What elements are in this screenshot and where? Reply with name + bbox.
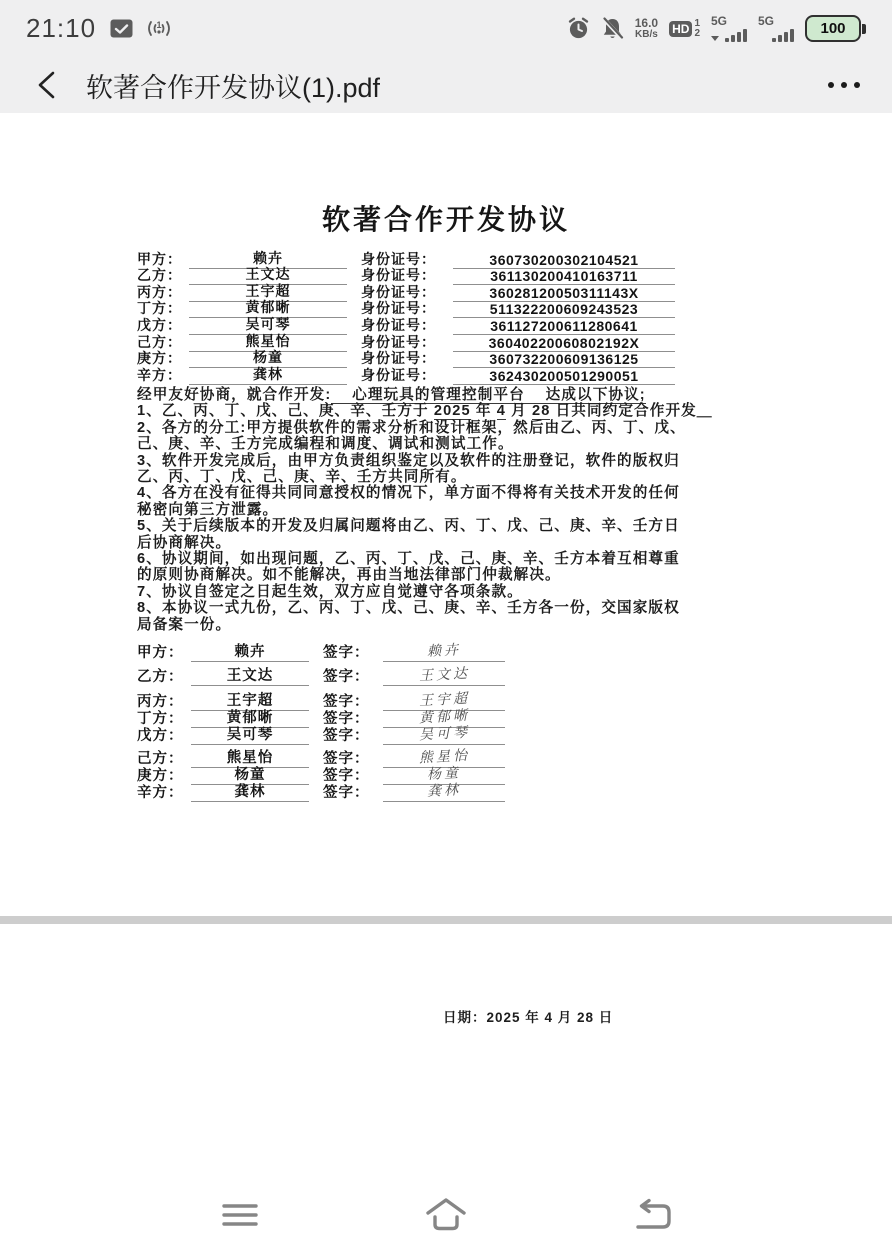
signature-row: 乙方：王文达签字：王文达: [137, 664, 505, 686]
party-role: 乙方：: [137, 665, 191, 686]
handwritten-signature: 龚林: [426, 779, 461, 801]
agreement-line: 后协商解决。: [137, 535, 785, 551]
signal-sim2: 5G: [758, 15, 794, 43]
home-icon: [421, 1196, 471, 1234]
agreement-line: 己、庚、辛、壬方完成编程和调度、调试和测试工作。: [137, 436, 785, 452]
party-role: 甲方：: [137, 641, 191, 662]
volte-hd-indicator: HD 1 2: [669, 19, 700, 39]
agreement-line: 的原则协商解决。如不能解决，再由当地法律部门仲裁解决。: [137, 567, 785, 583]
back-nav-button[interactable]: [622, 1189, 682, 1241]
signature-label: 签字：: [323, 641, 383, 662]
hd-icon: HD: [669, 21, 692, 37]
signal-bars-icon: [772, 29, 794, 42]
agreement-title: 软著合作开发协议: [0, 198, 892, 238]
party-role: 辛方：: [137, 781, 191, 802]
agreement-segment: 5、关于后续版本的开发及归属问题将由乙、丙、丁、戊、己、庚、辛、壬方日: [137, 518, 680, 534]
network-speed-unit: KB/s: [635, 29, 658, 40]
status-bar: 21:10 1 16.0 KB/s HD 1: [0, 0, 892, 57]
agreement-line: 4、各方在没有征得共同同意授权的情况下，单方面不得将有关技术开发的任何: [137, 485, 785, 501]
agreement-segment: 2、各方的分工:甲方提供软件的需求分析和设计框架，然后由乙、丙、丁、戊、: [137, 420, 686, 436]
document-title-bar: 软著合作开发协议(1).pdf: [86, 66, 380, 105]
pdf-page-1[interactable]: 软著合作开发协议 甲方：赖卉身份证号：360730200302104521乙方：…: [0, 113, 892, 916]
signature-row: 甲方：赖卉签字：赖卉: [137, 640, 505, 662]
party-id-number: 361127200611280641: [453, 318, 675, 335]
sim2-label: 2: [694, 29, 700, 39]
signature-cell: 吴可琴: [383, 724, 505, 745]
agreement-segment: 日共同约定合作开发: [550, 403, 696, 419]
party-id-number: 36028120050311143X: [453, 285, 675, 302]
menu-icon: [220, 1200, 260, 1230]
home-button[interactable]: [416, 1189, 476, 1241]
agreement-segment: ＿: [697, 403, 713, 419]
agreement-segment: 局备案一份。: [137, 617, 231, 633]
party-id-number: 36040220060802192X: [453, 335, 675, 352]
id-number-label: 身份证号：: [361, 365, 453, 385]
agreement-text: 经甲友好协商，就合作开发: 心理玩具的管理控制平台 达成以下协议;1、乙、丙、丁…: [137, 387, 785, 633]
signature-cell: 龚林: [383, 781, 505, 802]
phone-screen: 21:10 1 16.0 KB/s HD 1: [0, 0, 892, 1250]
handwritten-signature: 王文达: [418, 663, 470, 686]
agreement-segment: 的原则协商解决。如不能解决，再由当地法律部门仲裁解决。: [137, 567, 561, 583]
agreement-segment: 28: [532, 403, 550, 420]
agreement-line: 秘密向第三方泄露。: [137, 502, 785, 518]
pdf-page-2[interactable]: 日期：2025 年 4 月 28 日: [0, 924, 892, 1180]
agreement-line: 局备案一份。: [137, 617, 785, 633]
mail-check-icon: [110, 19, 133, 38]
battery-level: 100: [805, 15, 861, 42]
agreement-segment: 达成以下协议;: [546, 387, 646, 404]
agreement-line: 6、协议期间，如出现问题，乙、丙、丁、戊、己、庚、辛、壬方本着互相尊重: [137, 551, 785, 567]
party-id-number: 360732200609136125: [453, 351, 675, 368]
handwritten-signature: 赖卉: [426, 639, 461, 661]
sim1-label: 1: [694, 19, 700, 29]
recents-button[interactable]: [210, 1189, 270, 1241]
agreement-line: 3、软件开发完成后，由甲方负责组织鉴定以及软件的注册登记，软件的版权归: [137, 453, 785, 469]
agreement-line: 经甲友好协商，就合作开发: 心理玩具的管理控制平台 达成以下协议;: [137, 387, 785, 403]
handwritten-signature: 吴可琴: [418, 722, 470, 745]
party-id-number: 362430200501290051: [453, 368, 675, 385]
signature-label: 签字：: [323, 665, 383, 686]
agreement-segment: 8、本协议一式九份，乙、丙、丁、戊、己、庚、辛、壬方各一份，交国家版权: [137, 600, 680, 616]
parties-table: 甲方：赖卉身份证号：360730200302104521乙方：王文达身份证号：3…: [137, 252, 675, 385]
agreement-segment: 秘密向第三方泄露。: [137, 502, 278, 518]
agreement-segment: 经甲友好协商，就合作开发:: [137, 387, 331, 403]
agreement-line: 5、关于后续版本的开发及归属问题将由乙、丙、丁、戊、己、庚、辛、壬方日: [137, 518, 785, 534]
dot-icon: [828, 82, 834, 88]
agreement-line: 1、乙、丙、丁、戊、己、庚、辛、壬方于 2025 年 4 月 28 日共同约定合…: [137, 403, 785, 419]
agreement-segment: 心理玩具的管理控制平台: [331, 387, 545, 404]
party-name: 王文达: [191, 664, 309, 686]
agreement-line: 7、协议自签定之日起生效，双方应自觉遵守各项条款。: [137, 584, 785, 600]
agreement-segment: 6、协议期间，如出现问题，乙、丙、丁、戊、己、庚、辛、壬方本着互相尊重: [137, 551, 680, 567]
network-speed-value: 16.0: [635, 17, 658, 29]
agreement-segment: 7、协议自签定之日起生效，双方应自觉遵守各项条款。: [137, 584, 523, 600]
agreement-segment: 年: [471, 403, 497, 419]
party-name: 吴可琴: [191, 723, 309, 745]
dot-icon: [854, 82, 860, 88]
agreement-segment: 后协商解决。: [137, 535, 231, 551]
party-name: 龚林: [191, 780, 309, 802]
party-id-number: 360730200302104521: [453, 252, 675, 269]
agreement-segment: 4: [497, 403, 506, 420]
svg-text:1: 1: [157, 20, 162, 30]
battery-icon: 100: [805, 15, 866, 42]
signature-row: 戊方：吴可琴签字：吴可琴: [137, 723, 505, 745]
clock-time: 21:10: [26, 13, 96, 44]
agreement-segment: 月: [506, 403, 532, 419]
page-separator: [0, 916, 892, 924]
agreement-segment: 3、软件开发完成后，由甲方负责组织鉴定以及软件的注册登记，软件的版权归: [137, 453, 680, 469]
party-row: 辛方：龚林身份证号：362430200501290051: [137, 368, 675, 385]
back-button[interactable]: [30, 65, 64, 105]
network-speed-indicator: 16.0 KB/s: [635, 17, 658, 40]
more-menu-button[interactable]: [826, 72, 862, 98]
agreement-segment: 4、各方在没有征得共同同意授权的情况下，单方面不得将有关技术开发的任何: [137, 485, 680, 501]
signature-label: 签字：: [323, 781, 383, 802]
signal-sim1: 5G: [711, 15, 747, 43]
network-type-sim1: 5G: [711, 15, 727, 27]
party-id-number: 511322200609243523: [453, 301, 675, 318]
signature-cell: 赖卉: [383, 641, 505, 662]
signature-row: 辛方：龚林签字：龚林: [137, 780, 505, 802]
signal-bars-icon: [725, 29, 747, 42]
agreement-line: 8、本协议一式九份，乙、丙、丁、戊、己、庚、辛、壬方各一份，交国家版权: [137, 600, 785, 616]
data-activity-icon: [711, 36, 719, 41]
party-id-number: 361130200410163711: [453, 268, 675, 285]
agreement-line: 乙、丙、丁、戊、己、庚、辛、壬方共同所有。: [137, 469, 785, 485]
agreement-segment: 2025: [434, 403, 471, 420]
party-name: 龚林: [189, 364, 347, 385]
party-role: 戊方：: [137, 724, 191, 745]
bell-off-icon: [601, 17, 624, 40]
agreement-line: 2、各方的分工:甲方提供软件的需求分析和设计框架，然后由乙、丙、丁、戊、: [137, 420, 785, 436]
party-name: 赖卉: [191, 640, 309, 662]
agreement-segment: 乙、丙、丁、戊、己、庚、辛、壬方共同所有。: [137, 469, 467, 485]
agreement-date: 日期：2025 年 4 月 28 日: [443, 1006, 613, 1026]
signature-cell: 王文达: [383, 665, 505, 686]
alarm-icon: [567, 17, 590, 40]
chevron-left-icon: [35, 70, 59, 100]
signature-label: 签字：: [323, 724, 383, 745]
dot-icon: [841, 82, 847, 88]
agreement-segment: 己、庚、辛、壬方完成编程和调度、调试和测试工作。: [137, 436, 514, 452]
party-role: 辛方：: [137, 365, 189, 385]
app-bar: 软著合作开发协议(1).pdf: [0, 57, 892, 113]
system-navigation-bar: [0, 1180, 892, 1250]
signatures-table: 甲方：赖卉签字：赖卉乙方：王文达签字：王文达丙方：王宇超签字：王宇超丁方：黄郁晰…: [137, 640, 517, 810]
network-type-sim2: 5G: [758, 15, 774, 27]
agreement-segment: 1、乙、丙、丁、戊、己、庚、辛、壬方于: [137, 403, 434, 419]
return-arrow-icon: [630, 1198, 674, 1232]
hotspot-icon: 1: [145, 19, 173, 38]
